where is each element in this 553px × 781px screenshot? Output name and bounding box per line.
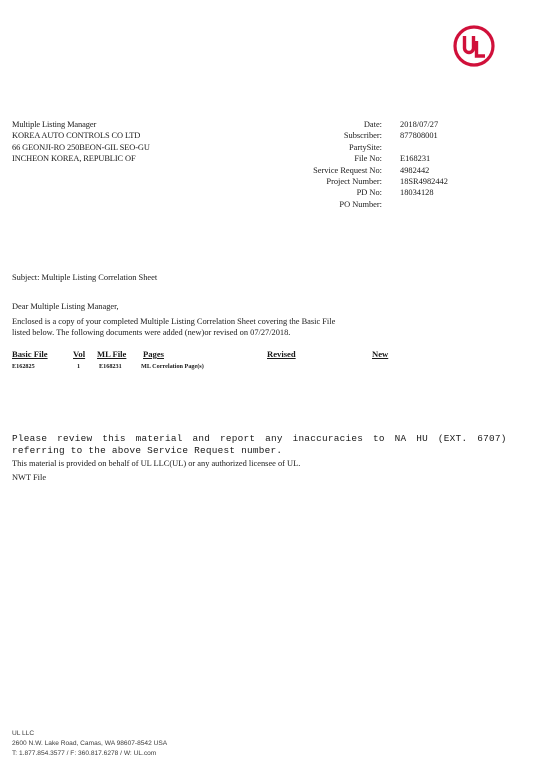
subject-line: Subject: Multiple Listing Correlation Sh… xyxy=(12,273,157,282)
meta-subscriber: Subscriber:877808001 xyxy=(270,130,448,141)
ul-logo-icon xyxy=(451,24,497,68)
col-header-basic-file: Basic File xyxy=(12,349,48,359)
footer-contact: T: 1.877.854.3577 / F: 360.817.6278 / W:… xyxy=(12,749,167,759)
cell-pages: ML Correlation Page(s) xyxy=(141,363,204,370)
nwt-file-note: NWT File xyxy=(12,473,46,482)
col-header-vol: Vol xyxy=(73,349,85,359)
enclosed-paragraph: Enclosed is a copy of your completed Mul… xyxy=(12,316,335,338)
meta-date: Date:2018/07/27 xyxy=(270,119,448,130)
provided-notice: This material is provided on behalf of U… xyxy=(12,459,300,468)
recipient-line: Multiple Listing Manager xyxy=(12,119,150,130)
salutation: Dear Multiple Listing Manager, xyxy=(12,302,119,311)
document-meta: Date:2018/07/27 Subscriber:877808001 Par… xyxy=(270,119,448,210)
recipient-address: Multiple Listing Manager KOREA AUTO CONT… xyxy=(12,119,150,165)
meta-po-number: PO Number: xyxy=(270,199,448,210)
col-header-pages: Pages xyxy=(143,349,164,359)
meta-partysite: PartySite: xyxy=(270,142,448,153)
cell-basic-file: E162825 xyxy=(12,363,35,370)
recipient-line: 66 GEONJI-RO 250BEON-GIL SEO-GU xyxy=(12,142,150,153)
meta-service-request: Service Request No:4982442 xyxy=(270,165,448,176)
meta-pd-no: PD No:18034128 xyxy=(270,187,448,198)
review-line: referring to the above Service Request n… xyxy=(12,445,507,457)
footer-company: UL LLC xyxy=(12,729,167,739)
enclosed-line: Enclosed is a copy of your completed Mul… xyxy=(12,316,335,327)
recipient-line: KOREA AUTO CONTROLS CO LTD xyxy=(12,130,150,141)
enclosed-line: listed below. The following documents we… xyxy=(12,327,335,338)
cell-ml-file: E168231 xyxy=(99,363,122,370)
footer: UL LLC 2600 N.W. Lake Road, Camas, WA 98… xyxy=(12,729,167,759)
cell-vol: 1 xyxy=(77,363,80,370)
meta-project-number: Project Number:18SR4982442 xyxy=(270,176,448,187)
recipient-line: INCHEON KOREA, REPUBLIC OF xyxy=(12,153,150,164)
review-paragraph: Please review this material and report a… xyxy=(12,433,507,457)
col-header-new: New xyxy=(372,349,388,359)
col-header-revised: Revised xyxy=(267,349,296,359)
col-header-ml-file: ML File xyxy=(97,349,126,359)
review-line: Please review this material and report a… xyxy=(12,433,507,445)
meta-file-no: File No:E168231 xyxy=(270,153,448,164)
footer-address: 2600 N.W. Lake Road, Camas, WA 98607-854… xyxy=(12,739,167,749)
